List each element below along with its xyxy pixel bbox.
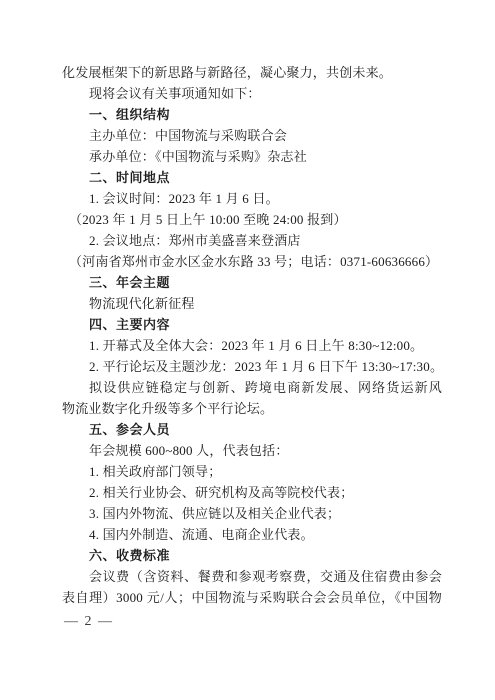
- section-heading: 五、参会人员: [62, 419, 442, 440]
- document-line: 表自理）3000 元/人；中国物流与采购联合会会员单位，《中国物流: [62, 587, 442, 608]
- document-line: 2. 平行论坛及主题沙龙：2023 年 1 月 6 日下午 13:30~17:3…: [62, 356, 442, 377]
- document-line: 2. 会议地点：郑州市美盛喜来登酒店: [62, 230, 442, 251]
- document-line: 物流业数字化升级等多个平行论坛。: [62, 398, 442, 419]
- document-line: 2. 相关行业协会、研究机构及高等院校代表；: [62, 482, 442, 503]
- document-line: 年会规模 600~800 人，代表包括：: [62, 440, 442, 461]
- page-number: — 2 —: [64, 614, 114, 630]
- document-body: 化发展框架下的新思路与新路径，凝心聚力，共创未来。 现将会议有关事项通知如下： …: [62, 62, 442, 608]
- document-line: 化发展框架下的新思路与新路径，凝心聚力，共创未来。: [62, 62, 442, 83]
- section-heading: 三、年会主题: [62, 272, 442, 293]
- document-line: 3. 国内外物流、供应链以及相关企业代表；: [62, 503, 442, 524]
- section-heading: 六、收费标准: [62, 545, 442, 566]
- document-line: （2023 年 1 月 5 日上午 10:00 至晚 24:00 报到）: [62, 209, 442, 230]
- document-line: 主办单位：中国物流与采购联合会: [62, 125, 442, 146]
- section-heading: 四、主要内容: [62, 314, 442, 335]
- section-heading: 二、时间地点: [62, 167, 442, 188]
- document-line: 拟设供应链稳定与创新、跨境电商新发展、网络货运新风向、: [62, 377, 442, 398]
- document-line: 1. 开幕式及全体大会：2023 年 1 月 6 日上午 8:30~12:00。: [62, 335, 442, 356]
- document-line: 1. 相关政府部门领导；: [62, 461, 442, 482]
- document-line: （河南省郑州市金水区金水东路 33 号；电话：0371-60636666）: [62, 251, 442, 272]
- document-line: 会议费（含资料、餐费和参观考察费，交通及住宿费由参会代: [62, 566, 442, 587]
- section-heading: 一、组织结构: [62, 104, 442, 125]
- document-line: 现将会议有关事项通知如下：: [62, 83, 442, 104]
- document-line: 1. 会议时间：2023 年 1 月 6 日。: [62, 188, 442, 209]
- document-page: 化发展框架下的新思路与新路径，凝心聚力，共创未来。 现将会议有关事项通知如下： …: [0, 0, 495, 700]
- document-line: 承办单位：《中国物流与采购》杂志社: [62, 146, 442, 167]
- document-line: 物流现代化新征程: [62, 293, 442, 314]
- document-line: 4. 国内外制造、流通、电商企业代表。: [62, 524, 442, 545]
